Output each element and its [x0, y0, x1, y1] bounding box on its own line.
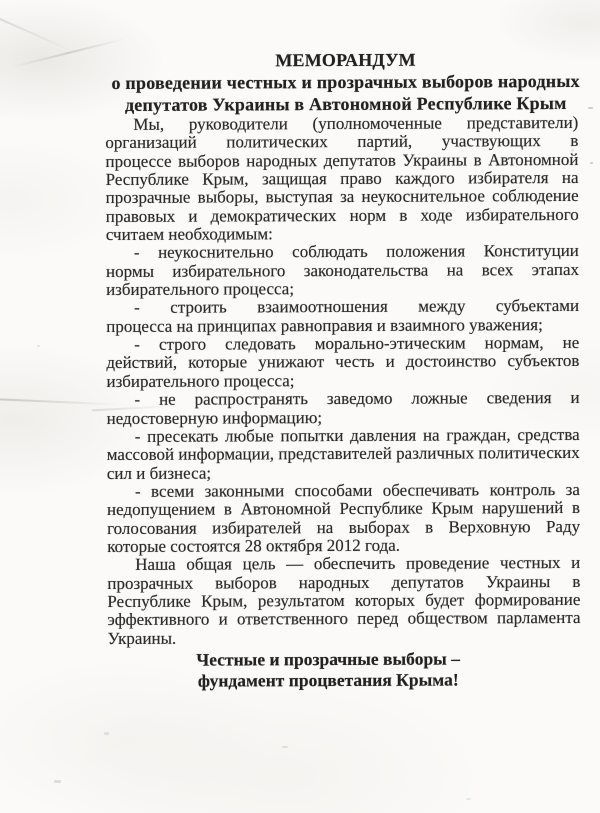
body-line: недостоверную информацию;	[107, 407, 580, 427]
title-line: депутатов Украины в Автономной Республик…	[109, 92, 582, 116]
document-title: МЕМОРАНДУМо проведении честных и прозрач…	[109, 48, 582, 116]
scan-speck	[37, 345, 40, 347]
body-line: организаций политических партий, участву…	[105, 132, 578, 152]
scan-speck	[282, 746, 288, 748]
document-closing: Честные и прозрачные выборы –фундамент п…	[92, 648, 565, 692]
paragraph: - всеми законными способами обеспечивать…	[107, 481, 580, 556]
body-line: процессе выборов народных депутатов Укра…	[105, 151, 578, 171]
body-line: процесса на принципах равноправия и взаи…	[106, 316, 579, 336]
body-line: эффективного и ответственного перед обще…	[107, 609, 580, 629]
body-line: избирательного процесса;	[106, 371, 579, 391]
body-line: - строить взаимоотношения между субъекта…	[106, 297, 579, 317]
body-line: прозрачные выборы, выступая за неукоснит…	[106, 187, 579, 207]
scan-speck	[54, 780, 61, 783]
scan-speck	[590, 162, 593, 164]
scan-speck	[588, 107, 593, 109]
paragraph: - не распространять заведомо ложные свед…	[106, 389, 579, 428]
body-line: которые состоятся 28 октября 2012 года.	[107, 536, 580, 556]
body-line: сил и бизнеса;	[107, 462, 580, 482]
body-line: Наша общая цель — обеспечить проведение …	[107, 554, 580, 574]
scan-speck	[466, 798, 471, 800]
body-line: - неукоснительно соблюдать положения Кон…	[106, 242, 579, 262]
document-body: Мы, руководители (уполномоченные предста…	[105, 114, 580, 648]
title-line: о проведении честных и прозрачных выборо…	[109, 70, 582, 94]
body-line: - всеми законными способами обеспечивать…	[107, 481, 580, 501]
paper-crease	[0, 398, 120, 405]
paragraph: Мы, руководители (уполномоченные предста…	[105, 114, 579, 244]
title-line: МЕМОРАНДУМ	[109, 48, 582, 72]
scan-speck	[104, 732, 109, 735]
body-line: недопущением в Автономной Республике Кры…	[107, 499, 580, 519]
body-line: Мы, руководители (уполномоченные предста…	[105, 114, 578, 134]
body-line: Республике Крым, результатом которых буд…	[107, 591, 580, 611]
closing-line: Честные и прозрачные выборы –	[92, 648, 565, 671]
paragraph: Наша общая цель — обеспечить проведение …	[107, 554, 580, 648]
paper-crease	[0, 18, 73, 52]
body-line: голосования избирателей на выборах в Вер…	[107, 517, 580, 537]
body-line: считаем необходимым:	[106, 224, 579, 244]
body-line: массовой информации, представителей разл…	[107, 444, 580, 464]
body-line: - пресекать любые попытки давления на гр…	[107, 426, 580, 446]
body-line: - не распространять заведомо ложные свед…	[106, 389, 579, 409]
body-line: нормы избирательного законодательства на…	[106, 261, 579, 281]
paragraph: - неукоснительно соблюдать положения Кон…	[106, 242, 579, 299]
paragraph: - строить взаимоотношения между субъекта…	[106, 297, 579, 336]
body-line: избирательного процесса;	[106, 279, 579, 299]
scanned-document-page: МЕМОРАНДУМо проведении честных и прозрач…	[0, 0, 600, 813]
paragraph: - строго следовать морально-этическим но…	[106, 334, 579, 391]
closing-line: фундамент процветания Крыма!	[92, 669, 565, 692]
body-line: Украины.	[108, 628, 581, 648]
body-line: прозрачных выборов народных депутатов Ук…	[107, 573, 580, 593]
body-line: Республике Крым, защищая право каждого и…	[106, 169, 579, 189]
paragraph: - пресекать любые попытки давления на гр…	[107, 426, 580, 483]
document-content: МЕМОРАНДУМо проведении честных и прозрач…	[105, 48, 581, 692]
body-line: действий, которые унижают честь и достои…	[106, 352, 579, 372]
body-line: - строго следовать морально-этическим но…	[106, 334, 579, 354]
body-line: правовых и демократических норм в ходе и…	[106, 206, 579, 226]
